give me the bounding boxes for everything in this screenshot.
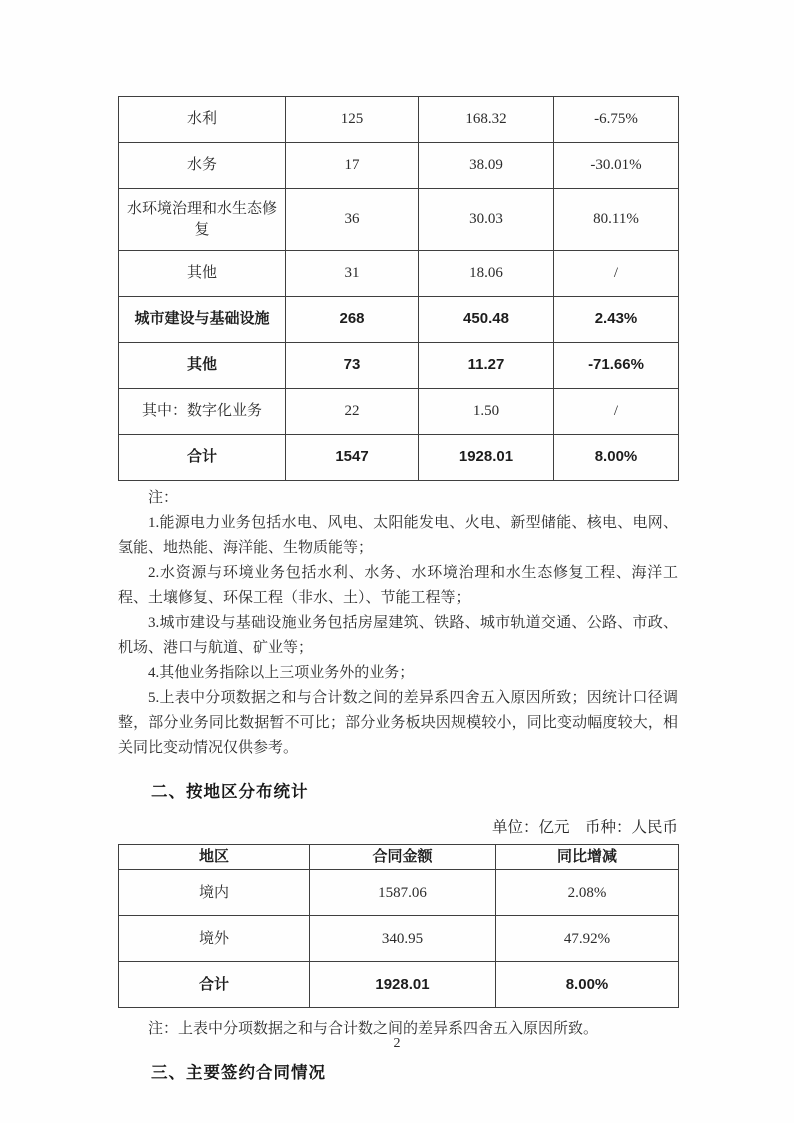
row-label: 水环境治理和水生态修复 [119, 189, 286, 251]
row-label: 合计 [119, 435, 286, 481]
contract-count: 31 [286, 251, 419, 297]
contract-count: 22 [286, 389, 419, 435]
contract-amount: 168.32 [419, 97, 554, 143]
contract-amount: 1.50 [419, 389, 554, 435]
section-heading-region: 二、按地区分布统计 [118, 778, 678, 802]
contract-count: 17 [286, 143, 419, 189]
note-item-1: 1.能源电力业务包括水电、风电、太阳能发电、火电、新型储能、核电、电网、氢能、地… [118, 511, 678, 561]
contract-amount: 1928.01 [310, 962, 496, 1008]
contract-amount: 1587.06 [310, 870, 496, 916]
contract-amount: 38.09 [419, 143, 554, 189]
column-header-yoy: 同比增减 [496, 845, 679, 870]
unit-currency-line: 单位：亿元 币种：人民币 [118, 815, 678, 837]
row-label: 水利 [119, 97, 286, 143]
page-content: 水利 125 168.32 -6.75% 水务 17 38.09 -30.01%… [118, 96, 678, 1083]
region-label: 合计 [119, 962, 310, 1008]
contract-amount: 450.48 [419, 297, 554, 343]
row-label: 其中：数字化业务 [119, 389, 286, 435]
table-row: 水利 125 168.32 -6.75% [119, 97, 679, 143]
yoy-change: -30.01% [554, 143, 679, 189]
yoy-change: 47.92% [496, 916, 679, 962]
column-header-region: 地区 [119, 845, 310, 870]
table-row: 水务 17 38.09 -30.01% [119, 143, 679, 189]
yoy-change: / [554, 389, 679, 435]
note-item-2: 2.水资源与环境业务包括水利、水务、水环境治理和水生态修复工程、海洋工程、土壤修… [118, 561, 678, 611]
contract-amount: 30.03 [419, 189, 554, 251]
row-label: 其他 [119, 251, 286, 297]
document-page: 水利 125 168.32 -6.75% 水务 17 38.09 -30.01%… [0, 0, 794, 1123]
table-row: 境外 340.95 47.92% [119, 916, 679, 962]
notes-label: 注： [118, 486, 678, 511]
page-number: 2 [0, 1036, 794, 1052]
region-label: 境内 [119, 870, 310, 916]
contract-amount: 18.06 [419, 251, 554, 297]
yoy-change: -71.66% [554, 343, 679, 389]
row-label: 其他 [119, 343, 286, 389]
table-row: 境内 1587.06 2.08% [119, 870, 679, 916]
region-label: 境外 [119, 916, 310, 962]
contract-count: 125 [286, 97, 419, 143]
table-row: 水环境治理和水生态修复 36 30.03 80.11% [119, 189, 679, 251]
table-row: 城市建设与基础设施 268 450.48 2.43% [119, 297, 679, 343]
business-distribution-table: 水利 125 168.32 -6.75% 水务 17 38.09 -30.01%… [118, 96, 679, 481]
contract-amount: 1928.01 [419, 435, 554, 481]
table-row: 其他 31 18.06 / [119, 251, 679, 297]
region-distribution-table: 地区 合同金额 同比增减 境内 1587.06 2.08% 境外 340.95 … [118, 844, 679, 1008]
column-header-amount: 合同金额 [310, 845, 496, 870]
yoy-change: 8.00% [496, 962, 679, 1008]
contract-amount: 11.27 [419, 343, 554, 389]
contract-count: 268 [286, 297, 419, 343]
table-header-row: 地区 合同金额 同比增减 [119, 845, 679, 870]
row-label: 城市建设与基础设施 [119, 297, 286, 343]
contract-count: 36 [286, 189, 419, 251]
note-item-4: 4.其他业务指除以上三项业务外的业务； [118, 661, 678, 686]
yoy-change: 2.43% [554, 297, 679, 343]
note-item-3: 3.城市建设与基础设施业务包括房屋建筑、铁路、城市轨道交通、公路、市政、机场、港… [118, 611, 678, 661]
table-row-total: 合计 1928.01 8.00% [119, 962, 679, 1008]
yoy-change: 8.00% [554, 435, 679, 481]
contract-amount: 340.95 [310, 916, 496, 962]
yoy-change: 2.08% [496, 870, 679, 916]
yoy-change: -6.75% [554, 97, 679, 143]
yoy-change: 80.11% [554, 189, 679, 251]
table-row: 其他 73 11.27 -71.66% [119, 343, 679, 389]
contract-count: 73 [286, 343, 419, 389]
yoy-change: / [554, 251, 679, 297]
row-label: 水务 [119, 143, 286, 189]
table-row-total: 合计 1547 1928.01 8.00% [119, 435, 679, 481]
contract-count: 1547 [286, 435, 419, 481]
business-table-notes: 注： 1.能源电力业务包括水电、风电、太阳能发电、火电、新型储能、核电、电网、氢… [118, 486, 678, 761]
section-heading-contracts: 三、主要签约合同情况 [118, 1059, 678, 1083]
table-row: 其中：数字化业务 22 1.50 / [119, 389, 679, 435]
note-item-5: 5.上表中分项数据之和与合计数之间的差异系四舍五入原因所致；因统计口径调整，部分… [118, 686, 678, 761]
